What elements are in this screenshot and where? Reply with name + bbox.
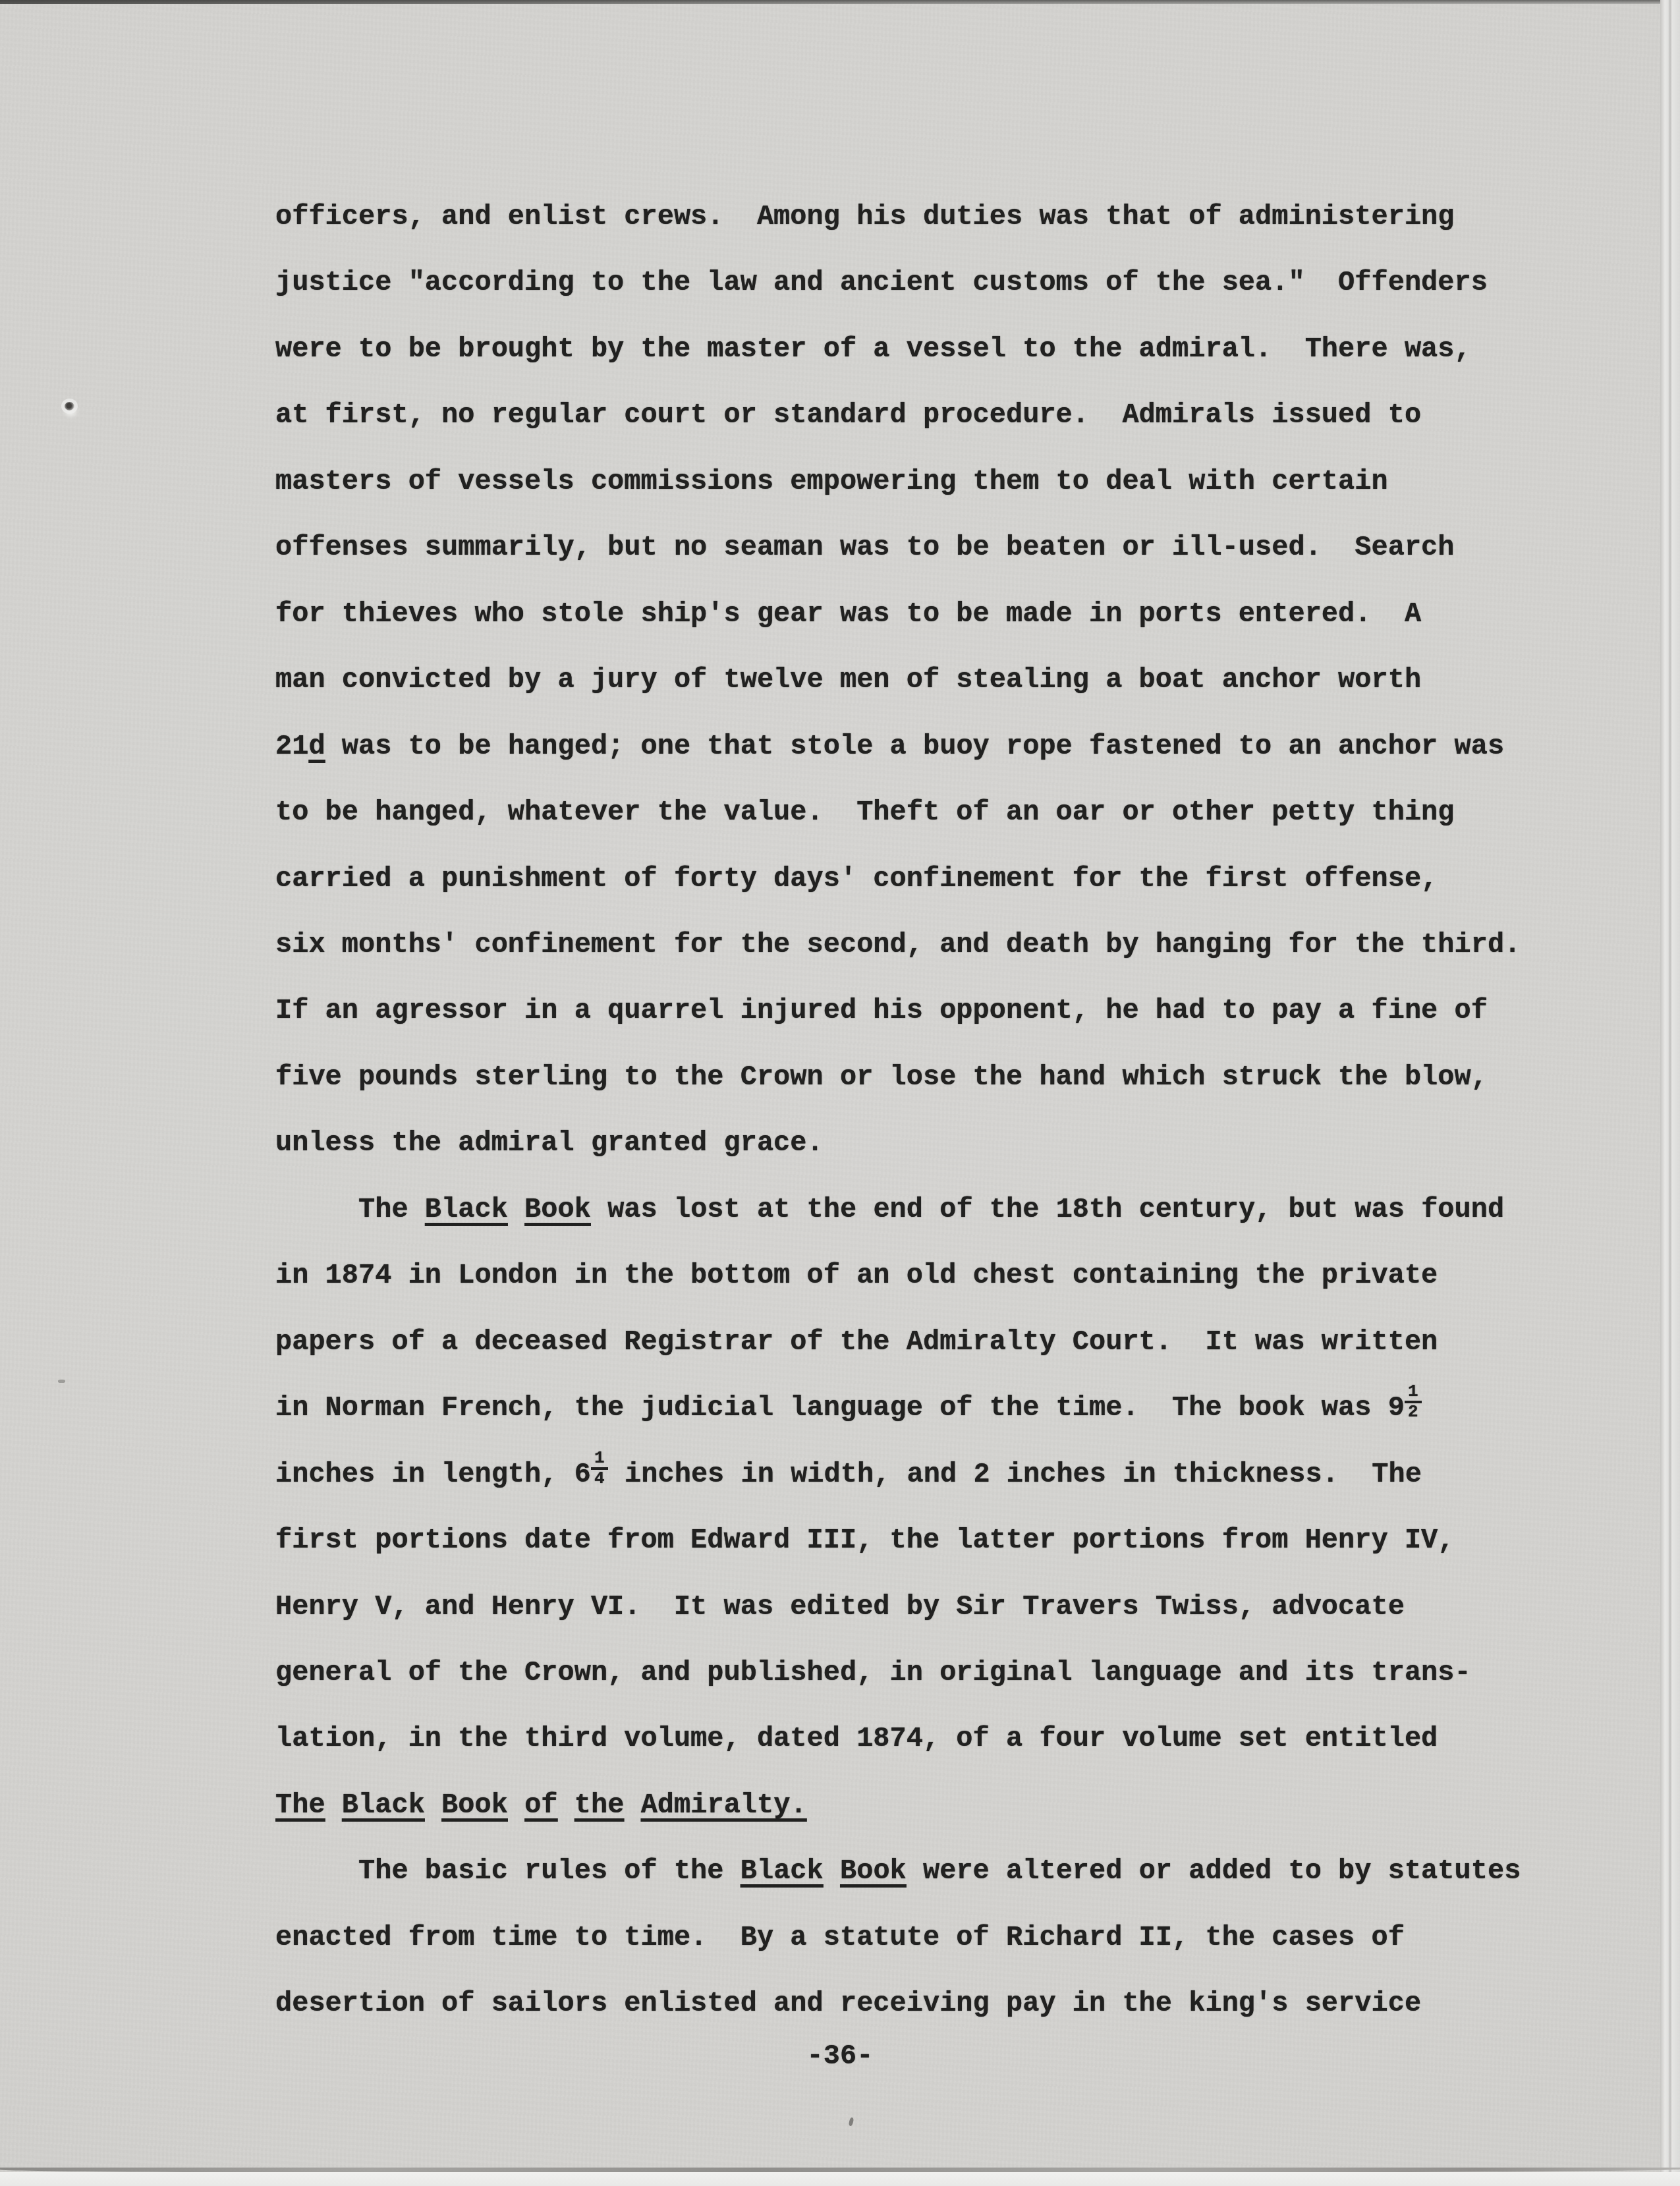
typed-text: inches in width, and 2 inches in thickne…: [608, 1459, 1422, 1490]
text-line: justice "according to the law and ancien…: [275, 250, 1567, 316]
typed-text: for thieves who stole ship's gear was to…: [275, 598, 1421, 630]
typed-text: in 1874 in London in the bottom of an ol…: [275, 1260, 1438, 1291]
typed-text: [508, 1194, 524, 1225]
typed-text: masters of vessels commissions empowerin…: [275, 466, 1388, 497]
typed-text: general of the Crown, and published, in …: [275, 1657, 1471, 1689]
text-line: to be hanged, whatever the value. Theft …: [275, 779, 1567, 845]
typed-text: enacted from time to time. By a statute …: [275, 1922, 1405, 1953]
typed-text: 21: [275, 731, 308, 762]
text-line: first portions date from Edward III, the…: [275, 1507, 1567, 1573]
typed-text: inches in length, 6: [275, 1459, 591, 1490]
typed-text: in Norman French, the judicial language …: [275, 1392, 1405, 1424]
ink-speck: [58, 1380, 65, 1383]
typed-text: [508, 1789, 524, 1821]
underlined-text: Black: [741, 1855, 824, 1887]
text-line: papers of a deceased Registrar of the Ad…: [275, 1309, 1567, 1375]
typed-text: were altered or added to by statutes: [907, 1855, 1521, 1887]
text-line: unless the admiral granted grace.: [275, 1110, 1567, 1176]
text-line: inches in length, 614 inches in width, a…: [275, 1442, 1567, 1507]
typed-text: at first, no regular court or standard p…: [275, 399, 1421, 431]
paragraph-2: The Black Book was lost at the end of th…: [275, 1177, 1567, 1839]
typed-text: six months' confinement for the second, …: [275, 929, 1521, 961]
text-line: man convicted by a jury of twelve men of…: [275, 647, 1567, 713]
text-line: desertion of sailors enlisted and receiv…: [275, 1971, 1567, 2036]
typed-text: offenses summarily, but no seaman was to…: [275, 532, 1455, 563]
typed-text: If an agressor in a quarrel injured his …: [275, 995, 1488, 1026]
text-line: in 1874 in London in the bottom of an ol…: [275, 1243, 1567, 1308]
typed-text: [425, 1789, 441, 1821]
paragraph-3: The basic rules of the Black Book were a…: [275, 1838, 1567, 2036]
text-line: six months' confinement for the second, …: [275, 912, 1567, 978]
typed-text: [325, 1789, 342, 1821]
typed-text: officers, and enlist crews. Among his du…: [275, 201, 1455, 233]
typed-text: unless the admiral granted grace.: [275, 1127, 824, 1159]
typed-text: to be hanged, whatever the value. Theft …: [275, 797, 1455, 828]
typed-text: carried a punishment of forty days' conf…: [275, 863, 1438, 895]
underlined-text: Book: [840, 1855, 907, 1887]
typed-text: [624, 1789, 640, 1821]
page-number: -36-: [0, 2041, 1680, 2071]
typed-text: The: [275, 1194, 425, 1225]
typed-text: papers of a deceased Registrar of the Ad…: [275, 1326, 1438, 1358]
underlined-text: Black: [342, 1789, 425, 1821]
scanned-typewritten-page: officers, and enlist crews. Among his du…: [0, 0, 1680, 2186]
typewritten-text-block: officers, and enlist crews. Among his du…: [275, 184, 1567, 2037]
text-line: masters of vessels commissions empowerin…: [275, 449, 1567, 515]
typed-text: first portions date from Edward III, the…: [275, 1525, 1455, 1556]
text-line: were to be brought by the master of a ve…: [275, 316, 1567, 382]
paragraph-1: officers, and enlist crews. Among his du…: [275, 184, 1567, 1177]
underlined-text: d: [308, 731, 325, 762]
scan-bottom-background-strip: [0, 2172, 1680, 2186]
text-line: The Black Book was lost at the end of th…: [275, 1177, 1567, 1243]
typed-text: [824, 1855, 840, 1887]
underlined-text: The: [275, 1789, 325, 1821]
text-line: carried a punishment of forty days' conf…: [275, 846, 1567, 912]
typed-text: The basic rules of the: [275, 1855, 741, 1887]
typed-text: was lost at the end of the 18th century,…: [591, 1194, 1504, 1225]
typed-text: justice "according to the law and ancien…: [275, 267, 1488, 298]
text-line: general of the Crown, and published, in …: [275, 1640, 1567, 1706]
underlined-text: Book: [524, 1194, 591, 1225]
typed-fraction: 14: [591, 1449, 608, 1487]
text-line: at first, no regular court or standard p…: [275, 382, 1567, 448]
text-line: in Norman French, the judicial language …: [275, 1375, 1567, 1441]
underlined-text: Black: [425, 1194, 508, 1225]
text-line: enacted from time to time. By a statute …: [275, 1905, 1567, 1971]
text-line: offenses summarily, but no seaman was to…: [275, 515, 1567, 580]
underlined-text: Admiralty.: [641, 1789, 807, 1821]
text-line: officers, and enlist crews. Among his du…: [275, 184, 1567, 250]
scan-top-edge: [0, 0, 1680, 4]
text-line: lation, in the third volume, dated 1874,…: [275, 1706, 1567, 1772]
text-line: for thieves who stole ship's gear was to…: [275, 581, 1567, 647]
text-line: The basic rules of the Black Book were a…: [275, 1838, 1567, 1904]
text-line: five pounds sterling to the Crown or los…: [275, 1044, 1567, 1110]
text-line: 21d was to be hanged; one that stole a b…: [275, 714, 1567, 779]
typed-fraction: 12: [1405, 1383, 1422, 1420]
typed-text: was to be hanged; one that stole a buoy …: [325, 731, 1505, 762]
ink-speck: [849, 2117, 854, 2126]
typed-text: desertion of sailors enlisted and receiv…: [275, 1988, 1421, 2019]
typed-text: Henry V, and Henry VI. It was edited by …: [275, 1591, 1405, 1623]
text-line: Henry V, and Henry VI. It was edited by …: [275, 1574, 1567, 1640]
typed-text: lation, in the third volume, dated 1874,…: [275, 1723, 1438, 1754]
typed-text: were to be brought by the master of a ve…: [275, 333, 1471, 365]
scan-right-edge-band: [1660, 0, 1680, 2175]
typed-text: [558, 1789, 574, 1821]
underlined-text: Book: [441, 1789, 508, 1821]
typed-text: man convicted by a jury of twelve men of…: [275, 664, 1421, 696]
text-line: The Black Book of the Admiralty.: [275, 1772, 1567, 1838]
text-line: If an agressor in a quarrel injured his …: [275, 978, 1567, 1044]
underlined-text: the: [574, 1789, 625, 1821]
ink-speck: [65, 402, 74, 410]
underlined-text: of: [524, 1789, 557, 1821]
typed-text: five pounds sterling to the Crown or los…: [275, 1061, 1488, 1093]
